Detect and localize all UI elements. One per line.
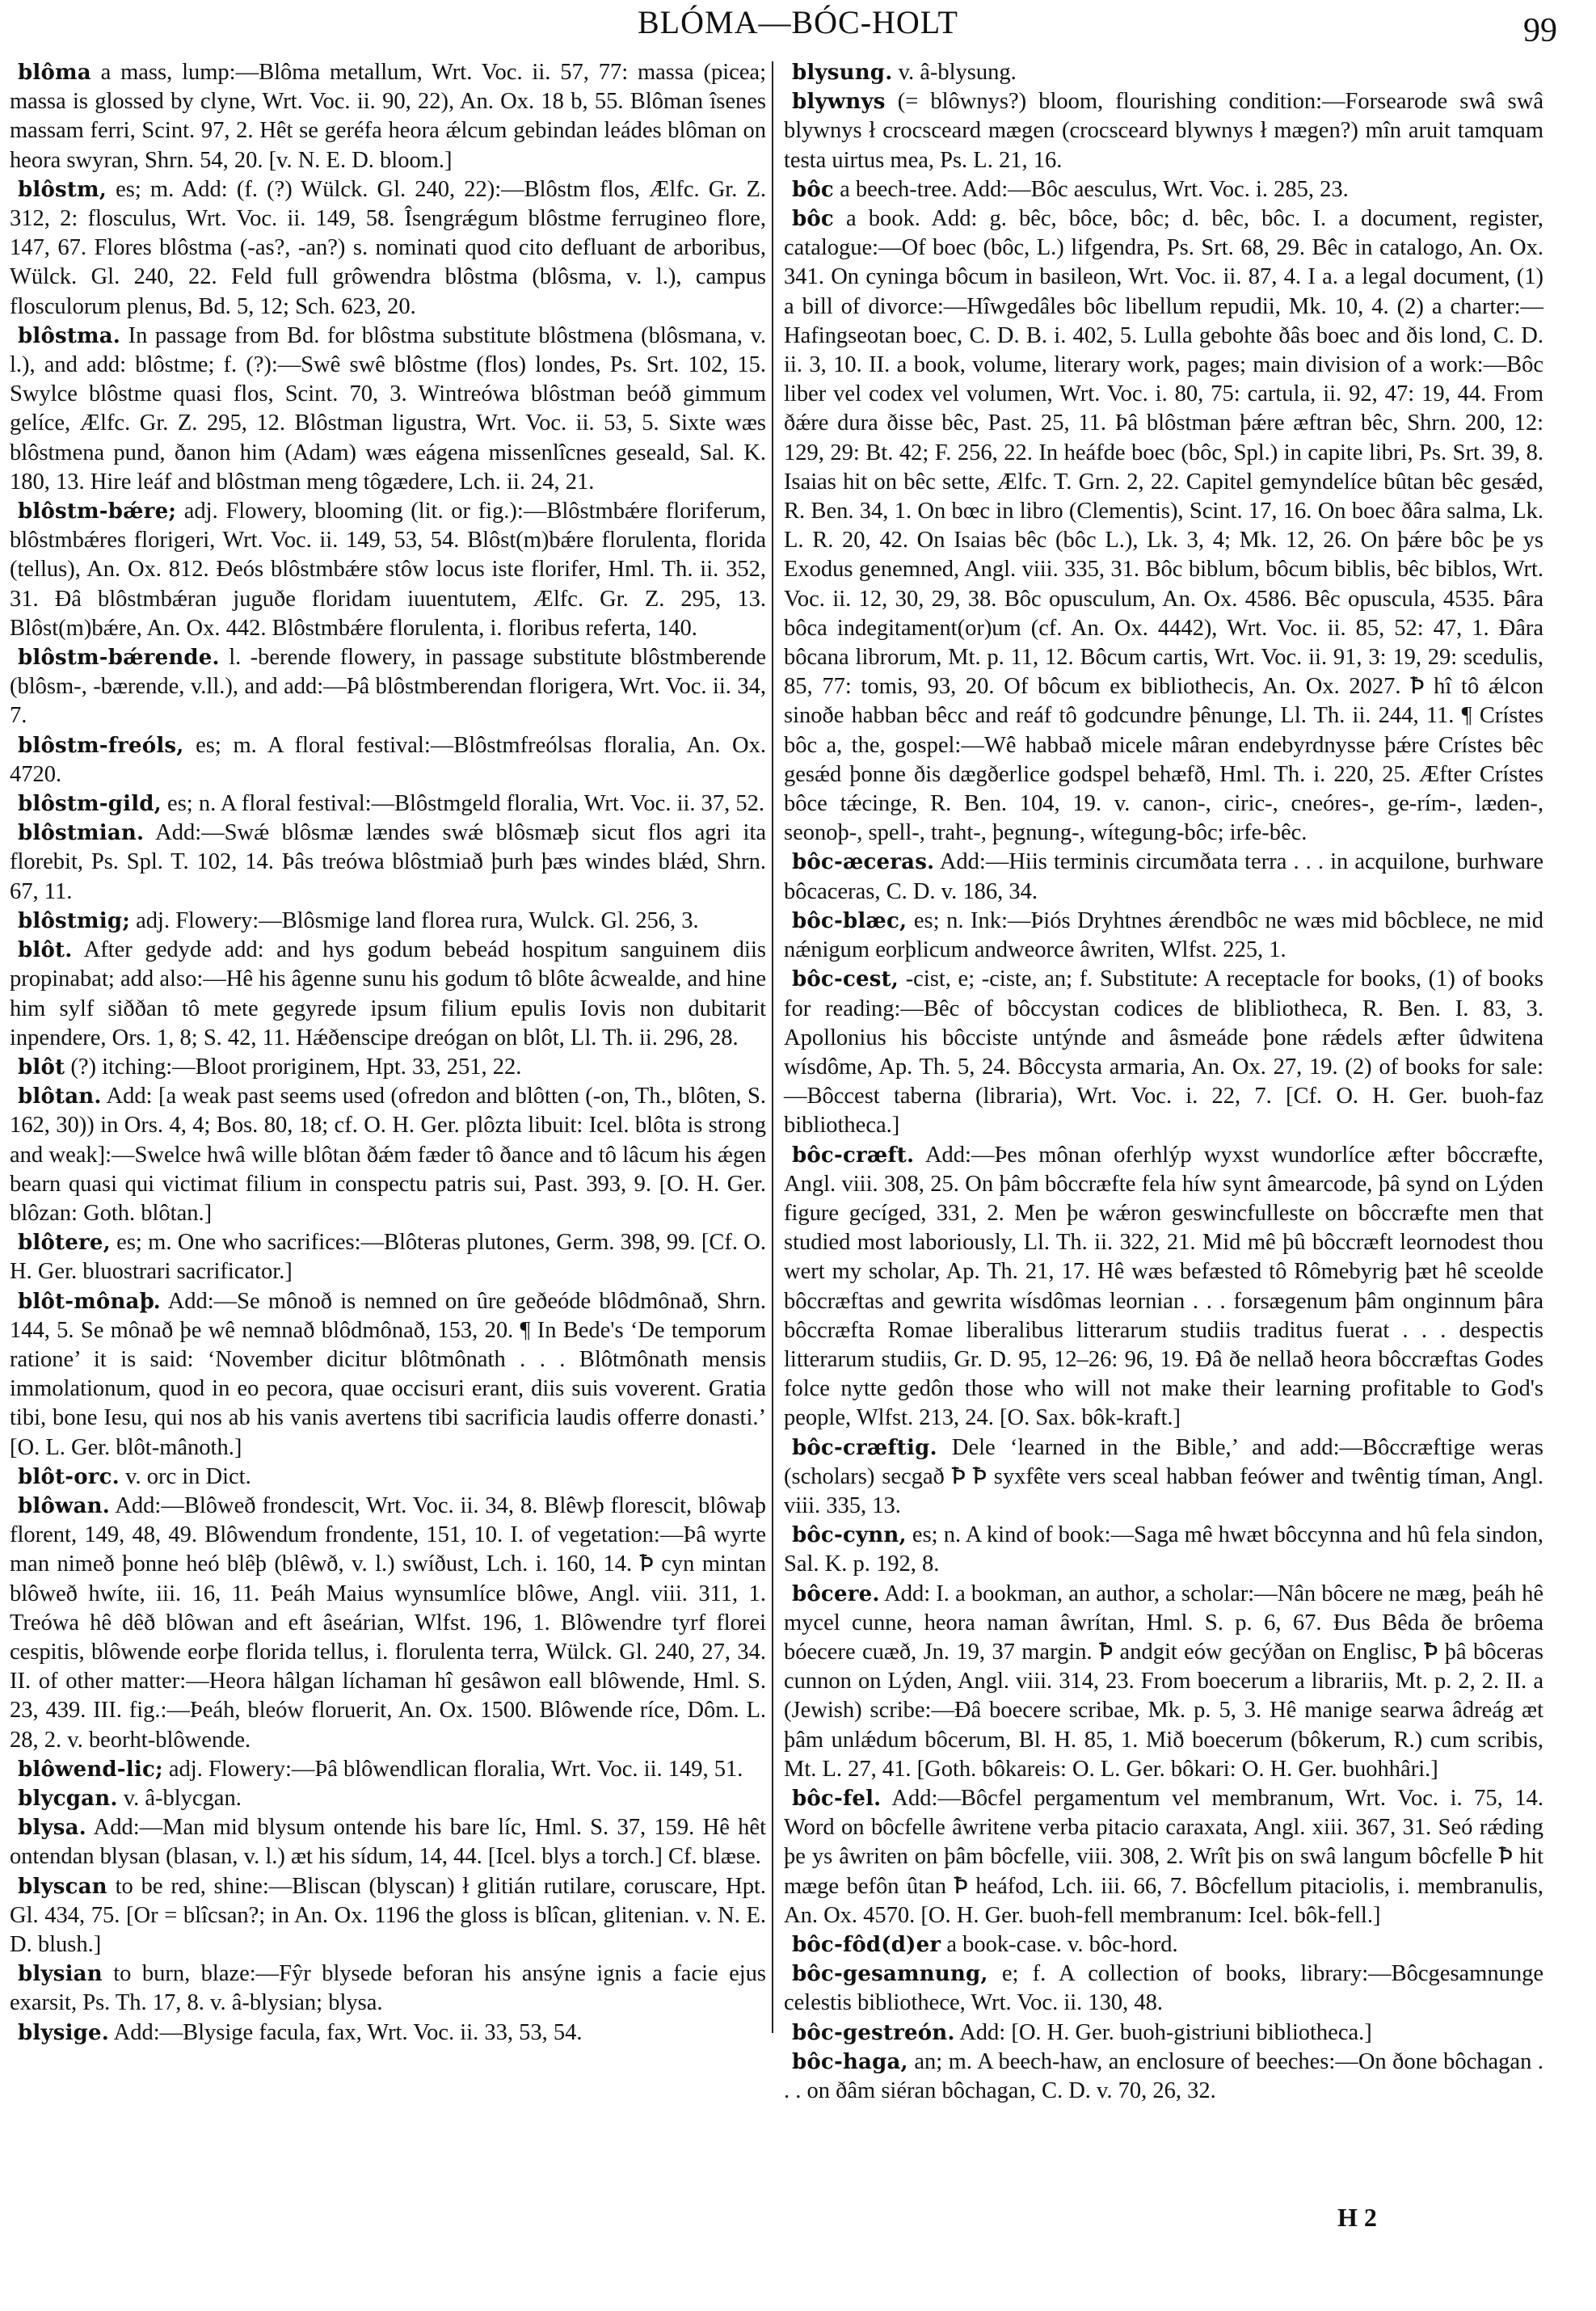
entry-text: a book-case. v. bôc-hord. — [941, 1932, 1177, 1957]
entry-text: to be red, shine:—Bliscan (blyscan) ł gl… — [10, 1874, 766, 1957]
dictionary-entry: blysige. Add:—Blysige facula, fax, Wrt. … — [10, 2018, 766, 2048]
entry-text: adj. Flowery:—Þâ blôwendlican floralia, … — [163, 1757, 743, 1782]
entry-text: Add:—Bôcfel pergamentum vel membranum, W… — [784, 1786, 1543, 1928]
entry-text: v. orc in Dict. — [120, 1464, 251, 1489]
dictionary-entry: blywnys (= blôwnys?) bloom, flourishing … — [784, 87, 1543, 175]
dictionary-entry: blôstm-freóls, es; m. A floral festival:… — [10, 731, 766, 789]
dictionary-entry: bôc-fel. Add:—Bôcfel pergamentum vel mem… — [784, 1784, 1543, 1930]
headword: blôwan. — [18, 1494, 110, 1518]
headword: bôc-gesamnung, — [792, 1962, 988, 1986]
dictionary-entry: blôstm-gild, es; n. A floral festival:—B… — [10, 789, 766, 819]
dictionary-entry: bôcere. Add: I. a bookman, an author, a … — [784, 1580, 1543, 1784]
headword: blôt-orc. — [18, 1465, 120, 1489]
dictionary-entry: blyscan to be red, shine:—Bliscan (blysc… — [10, 1872, 766, 1960]
dictionary-entry: bôc-fôd(d)er a book-case. v. bôc-hord. — [784, 1930, 1543, 1960]
entry-text: -cist, e; -ciste, an; f. Substitute: A r… — [784, 966, 1543, 1138]
headword: blôtere, — [18, 1231, 111, 1255]
dictionary-entry: bôc a book. Add: g. bêc, bôce, bôc; d. b… — [784, 204, 1543, 848]
running-title: BLÓMA—BÓC-HOLT — [0, 3, 1596, 41]
headword: bôc-fel. — [792, 1787, 881, 1811]
dictionary-entry: blôt-mônaþ. Add:—Se mônoð is nemned on û… — [10, 1287, 766, 1463]
entry-text: es; n. A floral festival:—Blôstmgeld flo… — [162, 791, 764, 816]
headword: blyscan — [18, 1875, 107, 1899]
headword: blysige. — [18, 2021, 109, 2045]
dictionary-entry: blôtere, es; m. One who sacrifices:—Blôt… — [10, 1228, 766, 1286]
entry-text: Add:—Blôweð frondescit, Wrt. Voc. ii. 34… — [10, 1493, 766, 1753]
headword: blôwend-lic; — [18, 1757, 163, 1782]
entry-text: Add: [O. H. Ger. buoh-gistriuni biblioth… — [955, 2020, 1372, 2045]
headword: blywnys — [792, 90, 886, 114]
dictionary-entry: blôt. After gedyde add: and hys godum be… — [10, 936, 766, 1053]
headword: bôc-haga, — [792, 2050, 908, 2074]
headword: blôma — [18, 61, 91, 85]
headword: blôstm-freóls, — [18, 734, 183, 758]
headword: blôt-mônaþ. — [18, 1290, 161, 1314]
page-number: 99 — [1523, 11, 1557, 50]
entry-text: Add:—Se mônoð is nemned on ûre geðeóde b… — [10, 1289, 766, 1460]
dictionary-entry: blôstm, es; m. Add: (f. (?) Wülck. Gl. 2… — [10, 175, 766, 322]
headword: blôstmian. — [18, 821, 144, 845]
headword: bôc-cest, — [792, 967, 899, 991]
left-column: blôma a mass, lump:—Blôma metallum, Wrt.… — [10, 58, 766, 2048]
dictionary-entry: blôt-orc. v. orc in Dict. — [10, 1463, 766, 1492]
entry-text: a beech-tree. Add:—Bôc aesculus, Wrt. Vo… — [834, 177, 1349, 202]
dictionary-entry: bôc-cest, -cist, e; -ciste, an; f. Subst… — [784, 965, 1543, 1140]
headword: blôstm-gild, — [18, 792, 162, 816]
headword: blysian — [18, 1962, 103, 1986]
entry-text: Add:—Man mid blysum ontende his bare líc… — [10, 1815, 766, 1869]
entry-text: Add: I. a bookman, an author, a scholar:… — [784, 1581, 1543, 1782]
entry-text: After gedyde add: and hys godum bebeád h… — [10, 937, 766, 1050]
headword: blycgan. — [18, 1787, 118, 1811]
headword: bôc-fôd(d)er — [792, 1933, 941, 1957]
dictionary-entry: blôstm-bǽrende. l. -berende flowery, in … — [10, 643, 766, 731]
headword: bôcere. — [792, 1582, 880, 1606]
dictionary-entry: bôc-gestreón. Add: [O. H. Ger. buoh-gist… — [784, 2018, 1543, 2048]
headword: blôtan. — [18, 1084, 102, 1109]
entry-text: Add: [a weak past seems used (ofredon an… — [10, 1084, 766, 1226]
dictionary-entry: blôstmian. Add:—Swǽ blôsmæ lændes swǽ bl… — [10, 819, 766, 907]
dictionary-entry: blôtan. Add: [a weak past seems used (of… — [10, 1082, 766, 1228]
dictionary-entry: bôc-blæc, es; n. Ink:—Þiós Dryhtnes ǽren… — [784, 907, 1543, 965]
headword: blôstm-bǽrende. — [18, 646, 220, 670]
headword: blôstma. — [18, 324, 120, 348]
dictionary-entry: bôc-cræft. Add:—Þes mônan oferhlýp wyxst… — [784, 1141, 1543, 1433]
entry-text: to burn, blaze:—Fŷr blysede beforan his … — [10, 1961, 766, 2015]
headword: blysung. — [792, 61, 892, 85]
headword: bôc-cræftig. — [792, 1436, 937, 1460]
entry-text: es; m. Add: (f. (?) Wülck. Gl. 240, 22):… — [10, 177, 766, 319]
headword: bôc-æceras. — [792, 850, 934, 874]
headword: blôt — [18, 1055, 65, 1080]
printer-signature-mark: H 2 — [1337, 2203, 1377, 2233]
dictionary-entry: blôwend-lic; adj. Flowery:—Þâ blôwendlic… — [10, 1755, 766, 1784]
dictionary-entry: bôc-cræftig. Dele ‘learned in the Bible,… — [784, 1433, 1543, 1522]
right-column: blysung. v. â-blysung. blywnys (= blôwny… — [784, 58, 1543, 2106]
headword: bôc-blæc, — [792, 909, 907, 933]
entry-text: In passage from Bd. for blôstma substitu… — [10, 323, 766, 495]
entry-text: (?) itching:—Bloot proriginem, Hpt. 33, … — [65, 1054, 521, 1080]
headword: blôstmig; — [18, 909, 130, 933]
entry-text: a mass, lump:—Blôma metallum, Wrt. Voc. … — [10, 60, 766, 173]
dictionary-entry: bôc-gesamnung, e; f. A collection of boo… — [784, 1960, 1543, 2018]
dictionary-entry: blysa. Add:—Man mid blysum ontende his b… — [10, 1813, 766, 1871]
dictionary-entry: blôma a mass, lump:—Blôma metallum, Wrt.… — [10, 58, 766, 175]
dictionary-entry: blycgan. v. â-blycgan. — [10, 1784, 766, 1813]
headword: blôt. — [18, 938, 72, 962]
dictionary-entry: blysian to burn, blaze:—Fŷr blysede befo… — [10, 1960, 766, 2018]
headword: bôc — [792, 178, 834, 202]
dictionary-entry: bôc-æceras. Add:—Hiis terminis circumðat… — [784, 848, 1543, 906]
headword: bôc-gestreón. — [792, 2021, 955, 2045]
dictionary-entry: bôc-haga, an; m. A beech-haw, an enclosu… — [784, 2048, 1543, 2106]
dictionary-entry: blôwan. Add:—Blôweð frondescit, Wrt. Voc… — [10, 1492, 766, 1755]
entry-text: Add:—Þes mônan oferhlýp wyxst wundorlíce… — [784, 1143, 1543, 1431]
headword: blôstm-bǽre; — [18, 499, 176, 524]
headword: blôstm, — [18, 178, 107, 202]
entry-text: a book. Add: g. bêc, bôce, bôc; d. bêc, … — [784, 206, 1543, 845]
headword: bôc — [792, 207, 834, 231]
entry-text: es; m. One who sacrifices:—Blôteras plut… — [10, 1230, 766, 1284]
column-divider — [772, 61, 773, 2033]
dictionary-entry: blôstma. In passage from Bd. for blôstma… — [10, 322, 766, 497]
dictionary-entry: bôc a beech-tree. Add:—Bôc aesculus, Wrt… — [784, 175, 1543, 204]
entry-text: v. â-blysung. — [892, 60, 1016, 85]
running-head: BLÓMA—BÓC-HOLT 99 — [0, 3, 1596, 44]
entry-text: Add:—Blysige facula, fax, Wrt. Voc. ii. … — [109, 2020, 582, 2045]
entry-text: (= blôwnys?) bloom, flourishing conditio… — [784, 89, 1543, 172]
headword: bôc-cynn, — [792, 1523, 907, 1547]
entry-text: v. â-blycgan. — [118, 1786, 242, 1811]
headword: blysa. — [18, 1816, 86, 1840]
dictionary-entry: bôc-cynn, es; n. A kind of book:—Saga mê… — [784, 1521, 1543, 1579]
dictionary-entry: blôstmig; adj. Flowery:—Blôsmige land fl… — [10, 907, 766, 936]
dictionary-entry: blôt (?) itching:—Bloot proriginem, Hpt.… — [10, 1053, 766, 1082]
dictionary-entry: blysung. v. â-blysung. — [784, 58, 1543, 87]
entry-text: adj. Flowery:—Blôsmige land florea rura,… — [130, 908, 699, 933]
headword: bôc-cræft. — [792, 1143, 914, 1168]
dictionary-entry: blôstm-bǽre; adj. Flowery, blooming (lit… — [10, 497, 766, 643]
